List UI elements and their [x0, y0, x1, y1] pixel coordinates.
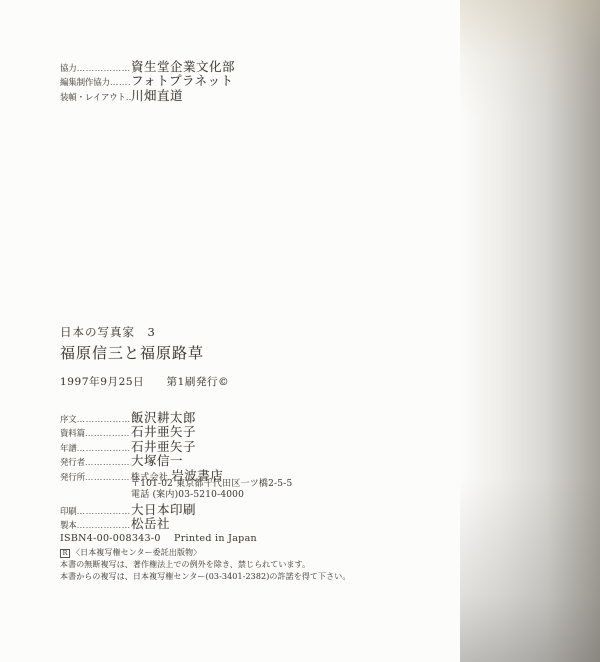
- credit-head: 印刷……………………………: [60, 505, 131, 517]
- credit-row: 序文…………………………… 飯沢耕太郎: [60, 408, 223, 422]
- notice-title-line: R〈日本複写権センター委託出版物〉: [60, 547, 350, 559]
- credit-label: 編集制作協力: [60, 76, 110, 88]
- dotted-leader: ……………………………: [85, 458, 131, 468]
- credit-head: 装幀・レイアウト……………………………: [60, 91, 131, 103]
- credits-block-2: 印刷…………………………… 大日本印刷 製本…………………………… 松岳社: [60, 500, 196, 529]
- credit-value: 松岳社: [131, 514, 170, 532]
- isbn-line: ISBN4-00-008343-0 Printed in Japan: [60, 533, 257, 544]
- dotted-leader: ……………………………: [77, 64, 131, 74]
- credit-head: 協力……………………………: [60, 62, 131, 74]
- notice-line: 本書の無断複写は、著作権法上での例外を除き、禁じられています。: [60, 559, 350, 571]
- address-line: 〒101-02 東京都千代田区一ツ橋2-5-5: [131, 479, 292, 490]
- r-mark-icon: R: [60, 549, 70, 559]
- rights-notice: R〈日本複写権センター委託出版物〉 本書の無断複写は、著作権法上での例外を除き、…: [60, 547, 350, 582]
- dotted-leader: ……………………………: [77, 521, 131, 531]
- credit-head: 編集制作協力……………………………: [60, 76, 131, 88]
- credit-label: 協力: [60, 62, 77, 74]
- credit-head: 発行者……………………………: [60, 456, 131, 468]
- credits-block: 序文…………………………… 飯沢耕太郎 資料篇…………………………… 石井亜矢子…: [60, 408, 223, 480]
- credit-head: 資料篇……………………………: [60, 427, 131, 439]
- credit-label: 発行者: [60, 456, 85, 468]
- credit-label: 製本: [60, 519, 77, 531]
- publisher-address: 〒101-02 東京都千代田区一ツ橋2-5-5 電話 (案内)03-5210-4…: [131, 479, 292, 502]
- credit-label: 印刷: [60, 505, 77, 517]
- credit-row: 印刷…………………………… 大日本印刷: [60, 500, 196, 514]
- dotted-leader: ……………………………: [77, 444, 131, 454]
- credit-head: 製本……………………………: [60, 519, 131, 531]
- notice-line: 本書からの複写は、日本複写権センター(03-3401-2382)の許諾を得て下さ…: [60, 571, 350, 583]
- credit-label: 発行所: [60, 471, 85, 483]
- credit-label: 資料篇: [60, 427, 85, 439]
- credit-head: 発行所……………………………: [60, 471, 131, 483]
- credit-label: 年譜: [60, 442, 77, 454]
- edition-line: 1997年9月25日 第1刷発行©: [60, 374, 229, 389]
- dotted-leader: ……………………………: [85, 429, 131, 439]
- dotted-leader: ……………………………: [77, 415, 131, 425]
- book-page: 協力…………………………… 資生堂企業文化部 編集制作協力………………………………: [0, 0, 600, 662]
- book-title: 福原信三と福原路草: [60, 342, 204, 363]
- page-edge-shadow: [460, 0, 600, 662]
- dotted-leader: ……………………………: [110, 78, 131, 88]
- credit-head: 序文……………………………: [60, 413, 131, 425]
- credit-value: 川畑直道: [131, 86, 183, 104]
- dotted-leader: ……………………………: [77, 507, 131, 517]
- credit-label: 装幀・レイアウト: [60, 91, 126, 103]
- credit-row: 協力…………………………… 資生堂企業文化部: [60, 57, 235, 71]
- dotted-leader: ……………………………: [85, 473, 131, 483]
- series-title: 日本の写真家 3: [60, 324, 156, 340]
- notice-title: 〈日本複写権センター委託出版物〉: [72, 548, 201, 557]
- credit-head: 年譜……………………………: [60, 442, 131, 454]
- credit-label: 序文: [60, 413, 77, 425]
- top-credits-block: 協力…………………………… 資生堂企業文化部 編集制作協力………………………………: [60, 57, 235, 100]
